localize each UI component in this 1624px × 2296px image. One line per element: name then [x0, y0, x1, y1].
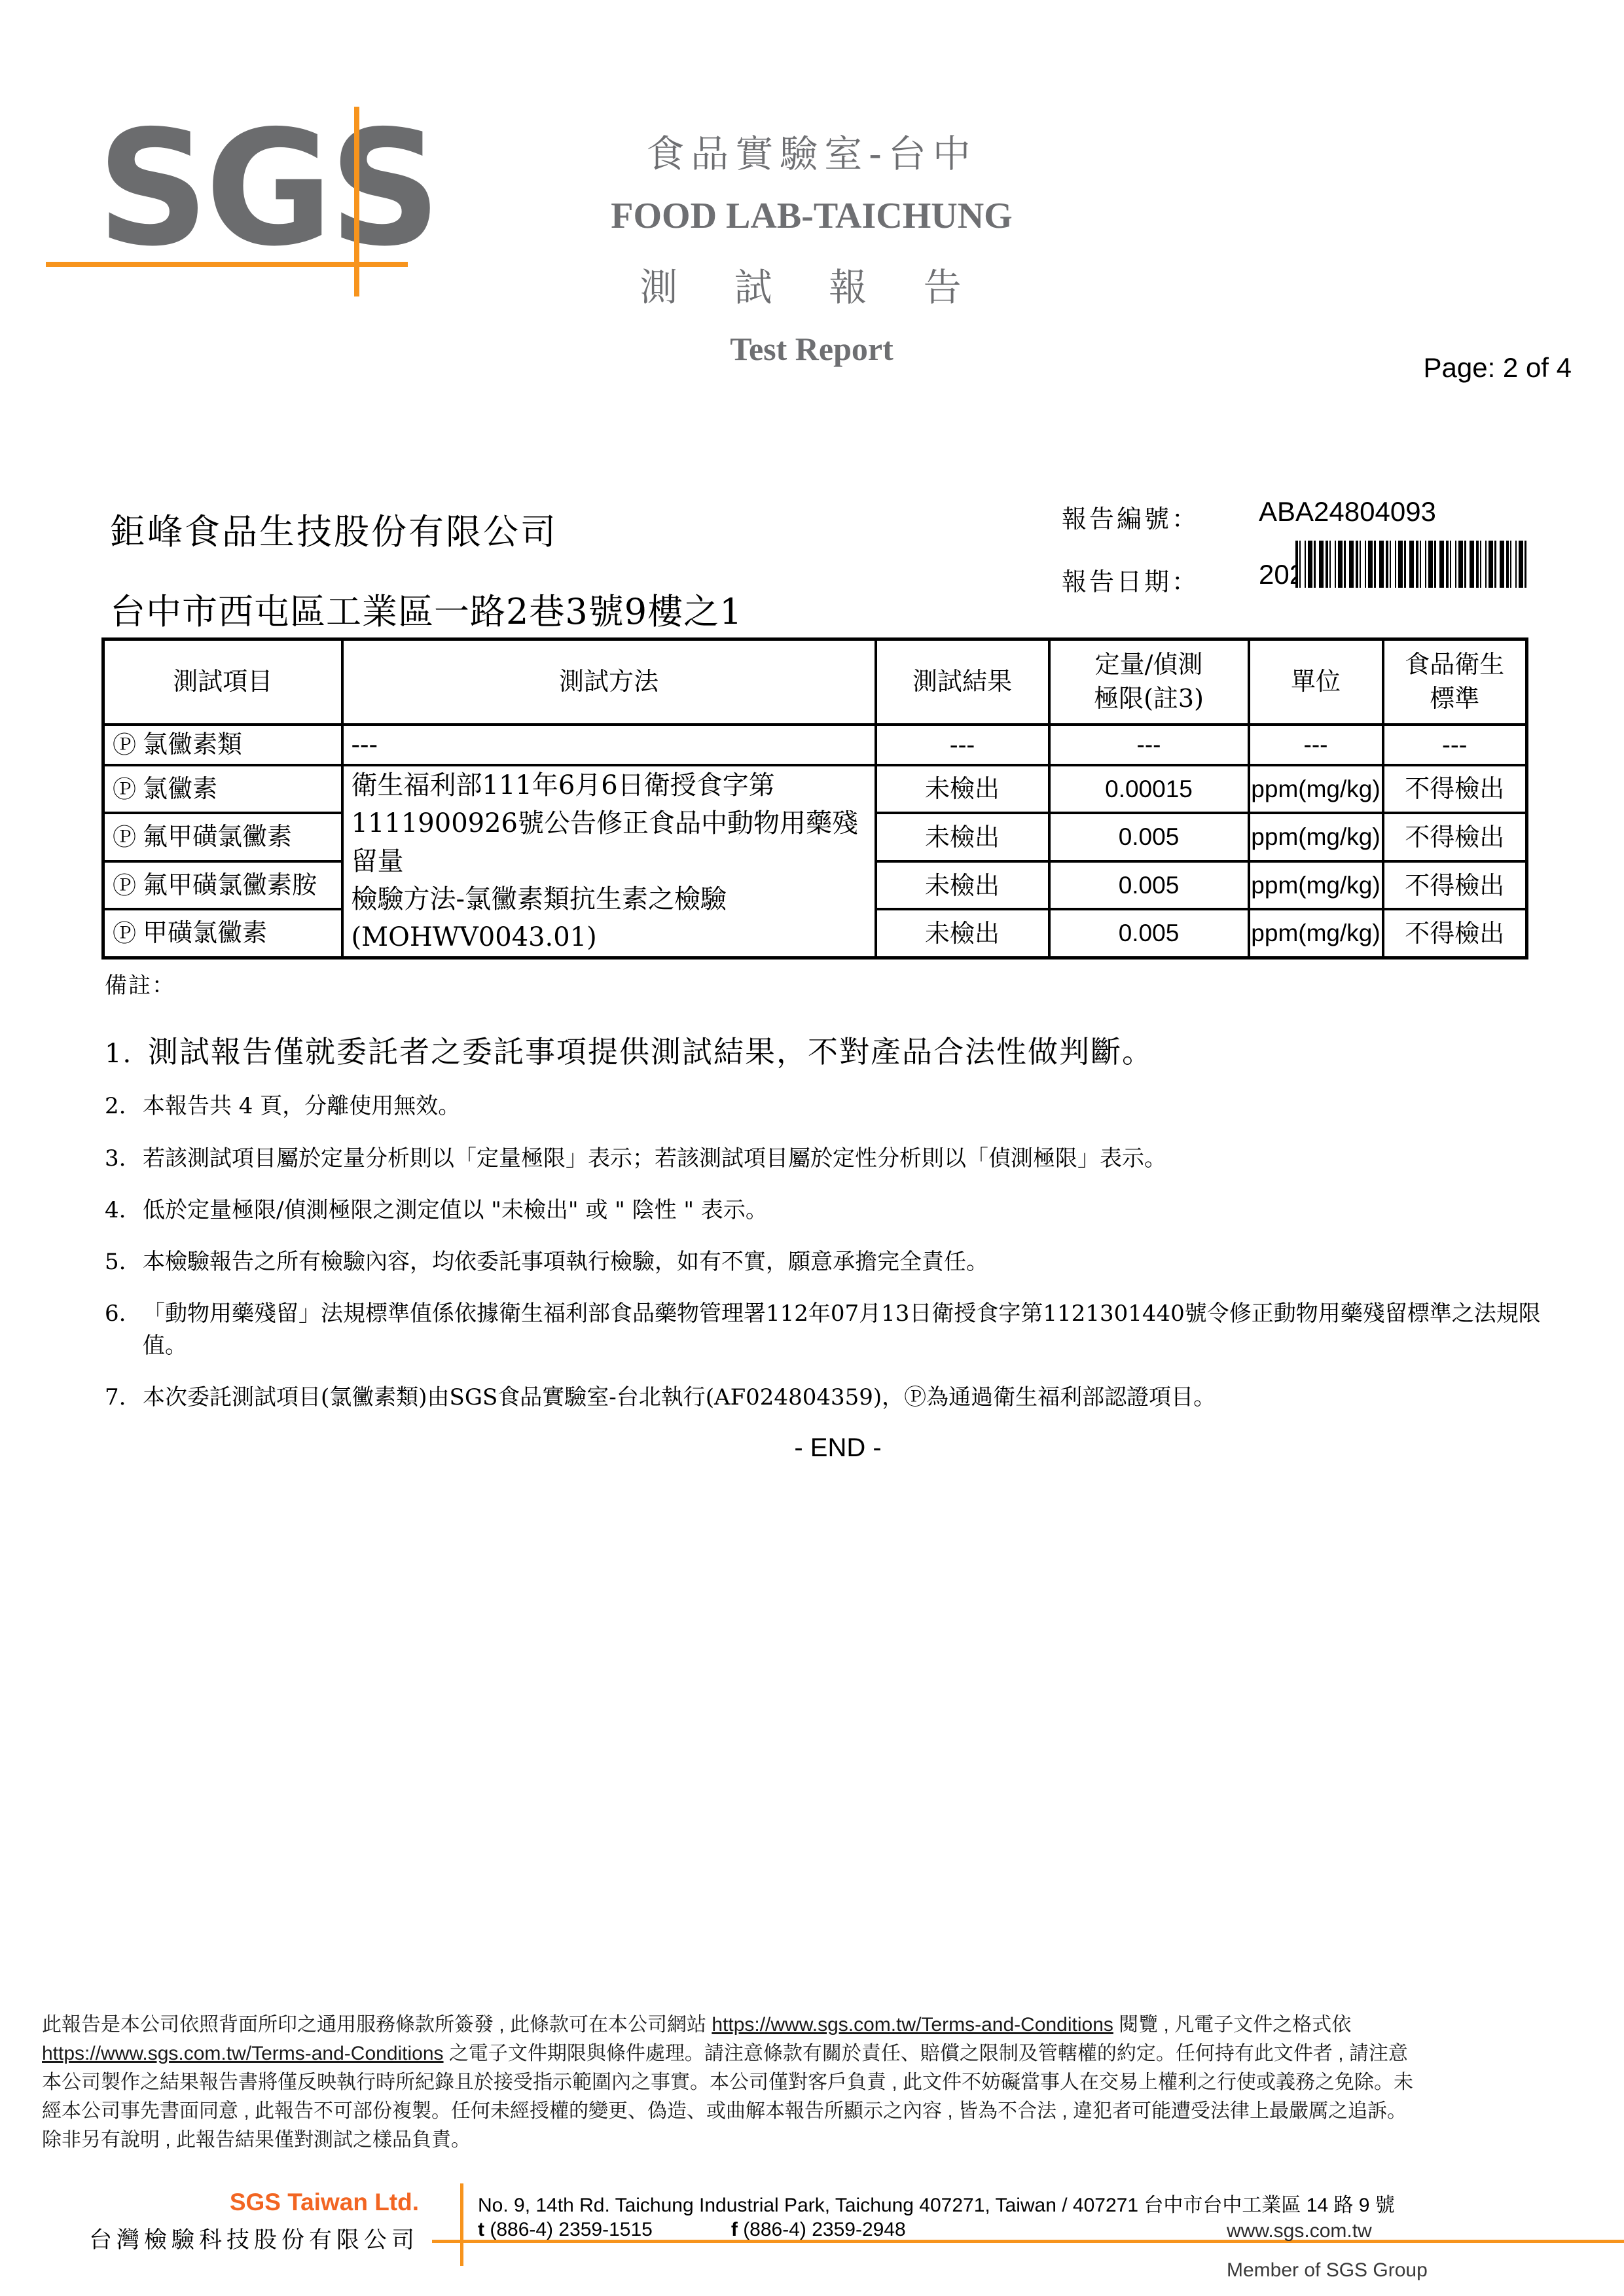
report-barcode — [1295, 541, 1526, 588]
limit-cell: 0.005 — [1049, 909, 1249, 958]
test-method-cell: --- — [342, 725, 876, 765]
col-header-limit: 定量/偵測 極限(註3) — [1049, 639, 1249, 725]
limit-cell: 0.005 — [1049, 813, 1249, 861]
disclaimer-line: https://www.sgs.com.tw/Terms-and-Conditi… — [42, 2039, 1587, 2068]
lab-title-en: FOOD LAB-TAICHUNG — [511, 195, 1113, 237]
disclaimer-line: 此報告是本公司依照背面所印之通用服務條款所簽發 , 此條款可在本公司網站 htt… — [42, 2011, 1587, 2039]
table-row: Ⓟ氯黴素類 --- --- --- --- --- — [103, 725, 1527, 765]
note-item: 6.「動物用藥殘留」法規標準值係依據衛生福利部食品藥物管理署112年07月13日… — [105, 1298, 1571, 1361]
standard-cell: --- — [1383, 725, 1527, 765]
col-header-standard: 食品衛生 標準 — [1383, 639, 1527, 725]
test-item-cell: Ⓟ氯黴素 — [103, 765, 342, 814]
report-title-zh: 測 試 報 告 — [511, 257, 1113, 312]
footer-contact-line: t (886-4) 2359-1515f (886-4) 2359-2948 — [478, 2219, 906, 2241]
test-method-merged-cell: 衛生福利部111年6月6日衛授食字第 1111900926號公告修正食品中動物用… — [342, 765, 876, 958]
footer-company-en: SGS Taiwan Ltd. — [39, 2189, 419, 2216]
note-item: 3.若該測試項目屬於定量分析則以「定量極限」表示；若該測試項目屬於定性分析則以「… — [105, 1143, 1571, 1174]
test-item-cell: Ⓟ甲磺氯黴素 — [103, 909, 342, 958]
test-result-cell: 未檢出 — [876, 813, 1049, 861]
note-item: 5.本檢驗報告之所有檢驗內容，均依委託事項執行檢驗，如有不實，願意承擔完全責任。 — [105, 1246, 1571, 1278]
client-name: 鉅峰食品生技股份有限公司 — [110, 504, 558, 554]
terms-link[interactable]: https://www.sgs.com.tw/Terms-and-Conditi… — [712, 2014, 1113, 2036]
report-title-block: 食品實驗室-台中 FOOD LAB-TAICHUNG 測 試 報 告 Test … — [511, 123, 1113, 368]
page-number: Page: 2 of 4 — [1423, 352, 1572, 384]
report-no-value: ABA24804093 — [1259, 496, 1436, 528]
disclaimer-line: 本公司製作之結果報告書將僅反映執行時所紀錄且於接受指示範圍內之事實。本公司僅對客… — [42, 2068, 1587, 2097]
footer-company-block: SGS Taiwan Ltd. 台灣檢驗科技股份有限公司 — [39, 2189, 419, 2255]
col-header-test-item: 測試項目 — [103, 639, 342, 725]
report-date-label: 報告日期： — [1062, 562, 1199, 598]
note-item: 7.本次委託測試項目(氯黴素類)由SGS食品實驗室-台北執行(AF0248043… — [105, 1382, 1571, 1413]
lab-title-zh: 食品實驗室-台中 — [511, 123, 1113, 178]
test-item-cell: Ⓟ氯黴素類 — [103, 725, 342, 765]
limit-cell: 0.005 — [1049, 861, 1249, 910]
disclaimer-line: 經本公司事先書面同意 , 此報告不可部份複製。任何未經授權的變更、偽造、或曲解本… — [42, 2097, 1587, 2126]
test-result-cell: --- — [876, 725, 1049, 765]
footer-company-zh: 台灣檢驗科技股份有限公司 — [39, 2222, 419, 2255]
note-item: 2.本報告共 4 頁，分離使用無效。 — [105, 1090, 1571, 1122]
col-header-test-method: 測試方法 — [342, 639, 876, 725]
unit-cell: --- — [1249, 725, 1383, 765]
certified-p-icon: Ⓟ — [113, 920, 136, 947]
test-item-cell: Ⓟ氟甲磺氯黴素 — [103, 813, 342, 861]
standard-cell: 不得檢出 — [1383, 861, 1527, 910]
test-item-cell: Ⓟ氟甲磺氯黴素胺 — [103, 861, 342, 910]
col-header-test-result: 測試結果 — [876, 639, 1049, 725]
notes-section: 備註： 1.測試報告僅就委託者之委託事項提供測試結果，不對產品合法性做判斷。 2… — [105, 967, 1571, 1463]
sgs-logo: SGS — [97, 110, 437, 269]
certified-p-icon: Ⓟ — [113, 776, 136, 803]
test-report-page: SGS 食品實驗室-台中 FOOD LAB-TAICHUNG 測 試 報 告 T… — [0, 0, 1624, 2296]
table-header-row: 測試項目 測試方法 測試結果 定量/偵測 極限(註3) 單位 食品衛生 標準 — [103, 639, 1527, 725]
terms-disclaimer: 此報告是本公司依照背面所印之通用服務條款所簽發 , 此條款可在本公司網站 htt… — [42, 2011, 1587, 2155]
logo-vertical-accent-line — [354, 107, 359, 296]
note-item: 1.測試報告僅就委託者之委託事項提供測試結果，不對產品合法性做判斷。 — [105, 1031, 1571, 1073]
fax-label: f — [731, 2219, 738, 2240]
test-result-cell: 未檢出 — [876, 861, 1049, 910]
footer-website-link[interactable]: www.sgs.com.tw — [1227, 2220, 1372, 2242]
report-no-label: 報告編號： — [1062, 499, 1199, 535]
certified-p-icon: Ⓟ — [113, 732, 136, 759]
tel-label: t — [478, 2219, 484, 2240]
limit-cell: 0.00015 — [1049, 765, 1249, 814]
notes-title: 備註： — [105, 967, 1571, 999]
unit-cell: ppm(mg/kg) — [1249, 765, 1383, 814]
standard-cell: 不得檢出 — [1383, 813, 1527, 861]
standard-cell: 不得檢出 — [1383, 765, 1527, 814]
footer-vertical-divider — [460, 2183, 463, 2266]
footer-address: No. 9, 14th Rd. Taichung Industrial Park… — [478, 2189, 1395, 2217]
client-address: 台中市西屯區工業區一路2巷3號9樓之1 — [110, 584, 742, 634]
results-table-wrapper: 測試項目 測試方法 測試結果 定量/偵測 極限(註3) 單位 食品衛生 標準 Ⓟ… — [101, 637, 1528, 960]
test-result-cell: 未檢出 — [876, 765, 1049, 814]
col-header-unit: 單位 — [1249, 639, 1383, 725]
standard-cell: 不得檢出 — [1383, 909, 1527, 958]
footer-member-label: Member of SGS Group — [1227, 2259, 1428, 2282]
certified-p-icon: Ⓟ — [113, 872, 136, 899]
unit-cell: ppm(mg/kg) — [1249, 909, 1383, 958]
limit-cell: --- — [1049, 725, 1249, 765]
terms-link[interactable]: https://www.sgs.com.tw/Terms-and-Conditi… — [42, 2043, 444, 2064]
tel-number: (886-4) 2359-1515 — [484, 2219, 653, 2240]
end-marker: - END - — [105, 1433, 1571, 1463]
test-result-cell: 未檢出 — [876, 909, 1049, 958]
disclaimer-line: 除非另有說明 , 此報告結果僅對測試之樣品負責。 — [42, 2126, 1587, 2155]
report-title-en: Test Report — [511, 330, 1113, 368]
results-table: 測試項目 測試方法 測試結果 定量/偵測 極限(註3) 單位 食品衛生 標準 Ⓟ… — [101, 637, 1528, 960]
fax-number: (886-4) 2359-2948 — [738, 2219, 906, 2240]
unit-cell: ppm(mg/kg) — [1249, 861, 1383, 910]
unit-cell: ppm(mg/kg) — [1249, 813, 1383, 861]
note-item: 4.低於定量極限/偵測極限之測定值以 "未檢出" 或 " 陰性 " 表示。 — [105, 1194, 1571, 1226]
table-row: Ⓟ氯黴素 衛生福利部111年6月6日衛授食字第 1111900926號公告修正食… — [103, 765, 1527, 814]
certified-p-icon: Ⓟ — [113, 824, 136, 851]
